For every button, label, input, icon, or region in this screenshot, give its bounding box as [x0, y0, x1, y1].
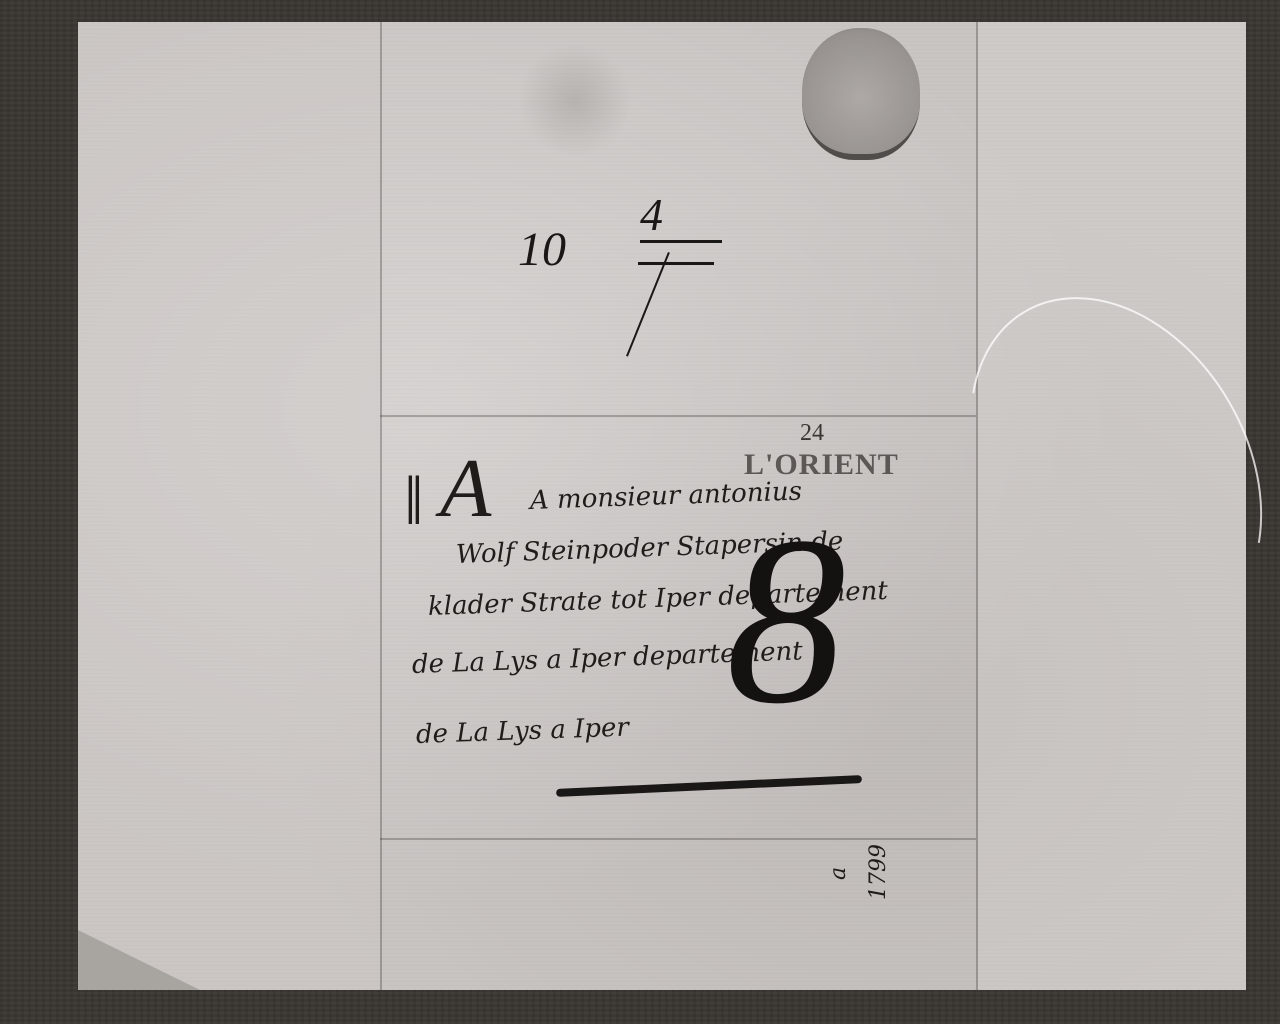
ink-stroke	[640, 240, 722, 243]
ink-stroke	[638, 262, 714, 265]
postmark-number: 24	[800, 420, 824, 447]
rate-mark-top-center: 4	[640, 188, 663, 241]
docket-year: 1799	[866, 844, 891, 900]
rate-mark-top-left: 10	[518, 222, 566, 277]
fold-line-lower	[380, 838, 976, 840]
fold-line-left	[380, 22, 382, 990]
faint-seal-mark	[520, 40, 630, 160]
manuscript-rate-mark: 8	[726, 500, 846, 740]
address-initial-a: A	[440, 440, 491, 537]
fold-line-upper	[380, 415, 976, 417]
wax-seal	[802, 28, 920, 160]
docket-note: a	[826, 867, 851, 880]
flourish-mark: ‖	[404, 462, 424, 542]
left-fold-panel	[78, 22, 380, 990]
fold-line-right	[976, 22, 978, 990]
